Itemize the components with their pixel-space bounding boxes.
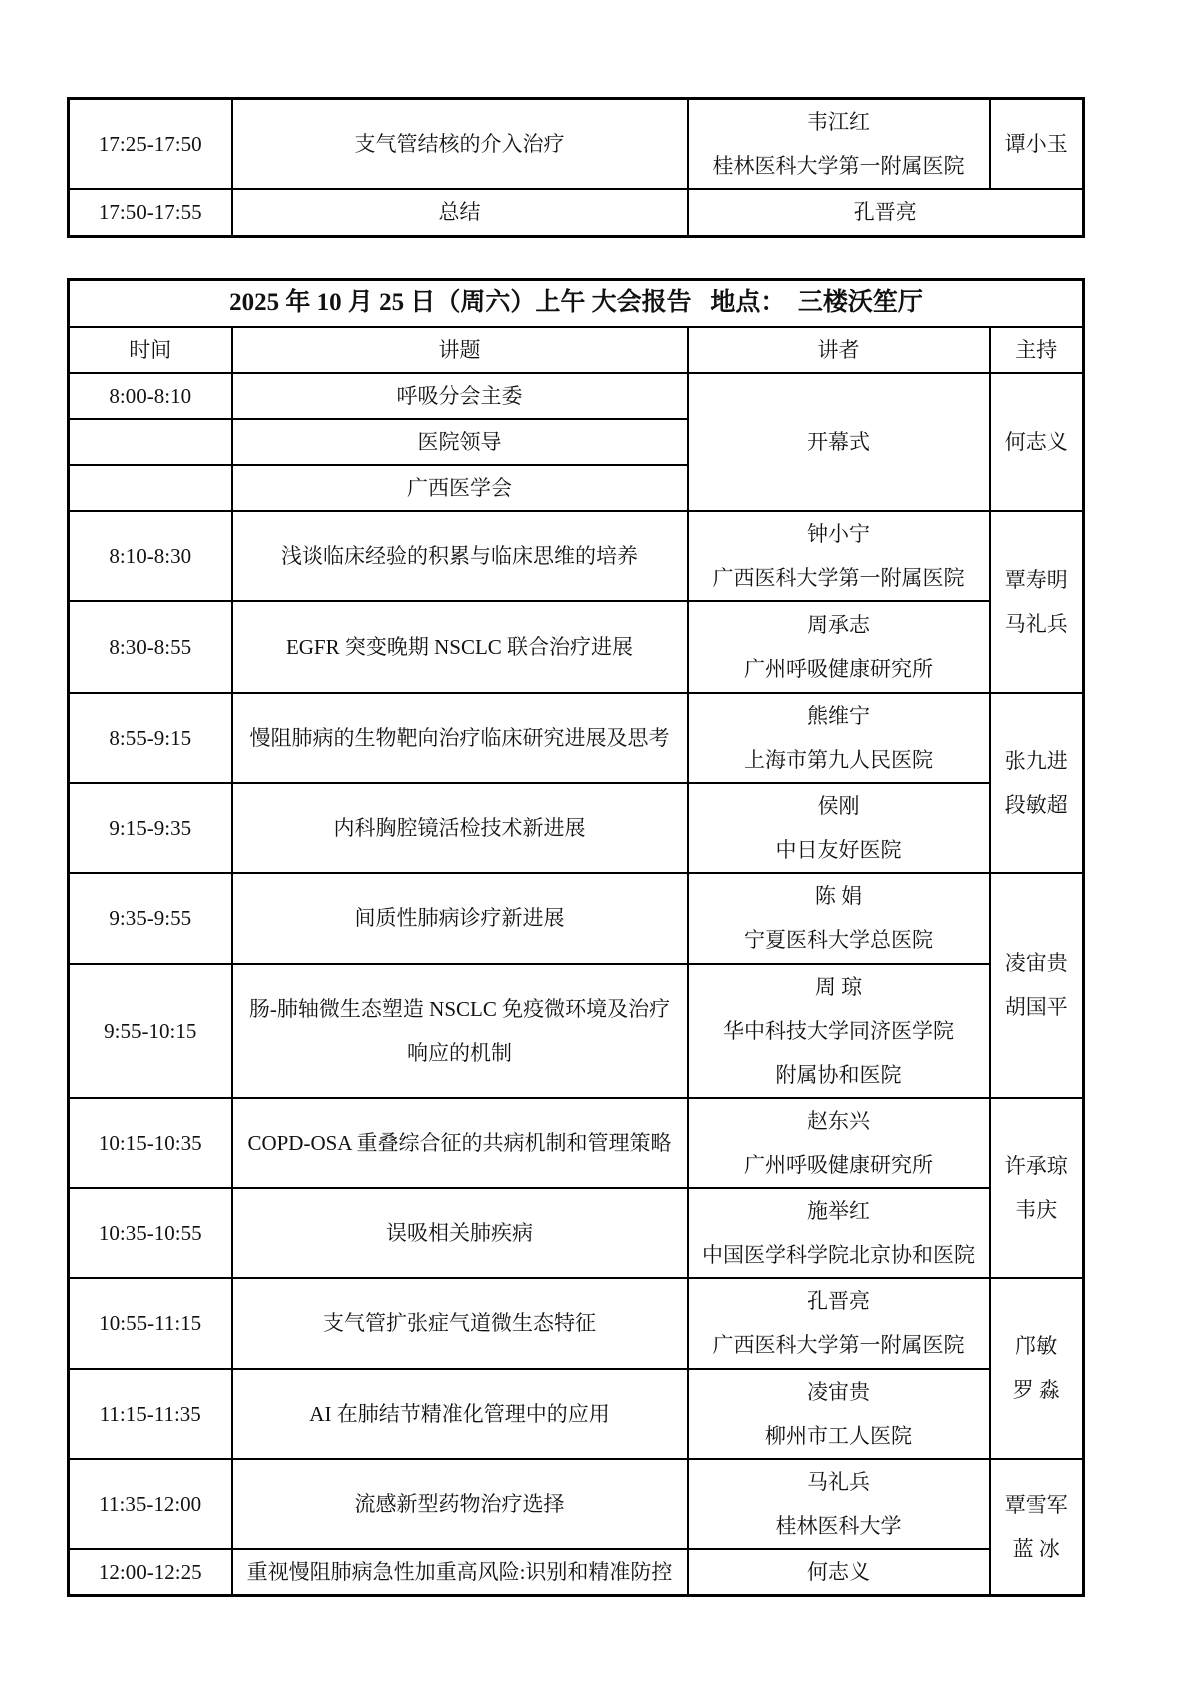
table-row: 时间 讲题 讲者 主持: [69, 327, 1084, 373]
speaker-cell: 周承志 广州呼吸健康研究所: [688, 601, 990, 693]
speaker-affiliation: 附属协和医院: [697, 1053, 981, 1097]
speaker-cell: 赵东兴 广州呼吸健康研究所: [688, 1098, 990, 1188]
topic-cell: 支气管结核的介入治疗: [232, 99, 688, 190]
speaker-name: 钟小宁: [697, 512, 981, 556]
host-name: 段敏超: [999, 783, 1075, 827]
topic-cell: 肠-肺轴微生态塑造 NSCLC 免疫微环境及治疗响应的机制: [232, 964, 688, 1098]
table-row: 11:35-12:00 流感新型药物治疗选择 马礼兵 桂林医科大学 覃雪军 蓝 …: [69, 1459, 1084, 1549]
host-cell: 覃寿明 马礼兵: [990, 511, 1084, 693]
speaker-affiliation: 桂林医科大学第一附属医院: [697, 144, 981, 188]
time-cell: 8:10-8:30: [69, 511, 232, 601]
speaker-affiliation: 广州呼吸健康研究所: [697, 1143, 981, 1187]
header-speaker: 讲者: [688, 327, 990, 373]
time-cell: 9:35-9:55: [69, 873, 232, 964]
speaker-name: 周承志: [697, 603, 981, 647]
topic-cell: 呼吸分会主委: [232, 373, 688, 419]
speaker-name: 周 琼: [697, 965, 981, 1009]
time-cell: 10:35-10:55: [69, 1188, 232, 1278]
time-cell: 17:50-17:55: [69, 189, 232, 236]
speaker-name: 凌宙贵: [697, 1370, 981, 1414]
speaker-cell: 周 琼 华中科技大学同济医学院 附属协和医院: [688, 964, 990, 1098]
topic-cell: 广西医学会: [232, 465, 688, 511]
topic-cell: 浅谈临床经验的积累与临床思维的培养: [232, 511, 688, 601]
host-name: 覃寿明: [999, 558, 1075, 602]
host-name: 许承琼: [999, 1144, 1075, 1188]
table-row: 10:35-10:55 误吸相关肺疾病 施举红 中国医学科学院北京协和医院: [69, 1188, 1084, 1278]
topic-cell: 流感新型药物治疗选择: [232, 1459, 688, 1549]
speaker-affiliation: 上海市第九人民医院: [697, 738, 981, 782]
table-row: 10:55-11:15 支气管扩张症气道微生态特征 孔晋亮 广西医科大学第一附属…: [69, 1278, 1084, 1369]
topic-cell: 误吸相关肺疾病: [232, 1188, 688, 1278]
speaker-affiliation: 中日友好医院: [697, 828, 981, 872]
time-cell: [69, 465, 232, 511]
table-row: 8:30-8:55 EGFR 突变晚期 NSCLC 联合治疗进展 周承志 广州呼…: [69, 601, 1084, 693]
speaker-cell: 开幕式: [688, 373, 990, 511]
speaker-cell: 凌宙贵 柳州市工人医院: [688, 1369, 990, 1459]
table-row: 12:00-12:25 重视慢阻肺病急性加重高风险:识别和精准防控 何志义: [69, 1549, 1084, 1596]
speaker-cell: 钟小宁 广西医科大学第一附属医院: [688, 511, 990, 601]
time-cell: 12:00-12:25: [69, 1549, 232, 1596]
host-cell: 邝敏 罗 淼: [990, 1278, 1084, 1459]
time-cell: 11:35-12:00: [69, 1459, 232, 1549]
time-cell: 10:55-11:15: [69, 1278, 232, 1369]
speaker-cell: 施举红 中国医学科学院北京协和医院: [688, 1188, 990, 1278]
topic-cell: 内科胸腔镜活检技术新进展: [232, 783, 688, 873]
host-name: 蓝 冰: [999, 1527, 1075, 1571]
speaker-affiliation: 宁夏医科大学总医院: [697, 918, 981, 962]
speaker-name: 侯刚: [697, 784, 981, 828]
speaker-name: 赵东兴: [697, 1099, 981, 1143]
speaker-affiliation: 广西医科大学第一附属医院: [697, 556, 981, 600]
table-row: 8:00-8:10 呼吸分会主委 开幕式 何志义: [69, 373, 1084, 419]
header-host: 主持: [990, 327, 1084, 373]
speaker-affiliation: 柳州市工人医院: [697, 1414, 981, 1458]
table-row: 8:10-8:30 浅谈临床经验的积累与临床思维的培养 钟小宁 广西医科大学第一…: [69, 511, 1084, 601]
speaker-name: 施举红: [697, 1189, 981, 1233]
speaker-cell: 何志义: [688, 1549, 990, 1596]
host-name: 罗 淼: [999, 1368, 1075, 1412]
host-name: 韦庆: [999, 1188, 1075, 1232]
table-row: 17:25-17:50 支气管结核的介入治疗 韦江红 桂林医科大学第一附属医院 …: [69, 99, 1084, 190]
host-cell: 覃雪军 蓝 冰: [990, 1459, 1084, 1596]
speaker-name: 孔晋亮: [697, 1279, 981, 1323]
speaker-affiliation: 桂林医科大学: [697, 1504, 981, 1548]
time-cell: 8:55-9:15: [69, 693, 232, 783]
speaker-affiliation: 广西医科大学第一附属医院: [697, 1323, 981, 1367]
speaker-cell: 马礼兵 桂林医科大学: [688, 1459, 990, 1549]
time-cell: 8:30-8:55: [69, 601, 232, 693]
table-row: 2025 年 10 月 25 日（周六）上午 大会报告 地点： 三楼沃笙厅: [69, 280, 1084, 327]
host-name: 马礼兵: [999, 602, 1075, 646]
header-time: 时间: [69, 327, 232, 373]
topic-cell: EGFR 突变晚期 NSCLC 联合治疗进展: [232, 601, 688, 693]
speaker-affiliation: 广州呼吸健康研究所: [697, 647, 981, 691]
host-cell: 凌宙贵 胡国平: [990, 873, 1084, 1098]
speaker-cell: 孔晋亮 广西医科大学第一附属医院: [688, 1278, 990, 1369]
table-row: 11:15-11:35 AI 在肺结节精准化管理中的应用 凌宙贵 柳州市工人医院: [69, 1369, 1084, 1459]
speaker-name: 陈 娟: [697, 874, 981, 918]
time-cell: 8:00-8:10: [69, 373, 232, 419]
time-cell: 9:15-9:35: [69, 783, 232, 873]
speaker-cell: 熊维宁 上海市第九人民医院: [688, 693, 990, 783]
speaker-name: 熊维宁: [697, 694, 981, 738]
table-row: 9:55-10:15 肠-肺轴微生态塑造 NSCLC 免疫微环境及治疗响应的机制…: [69, 964, 1084, 1098]
topic-cell: 医院领导: [232, 419, 688, 465]
morning-session-table: 2025 年 10 月 25 日（周六）上午 大会报告 地点： 三楼沃笙厅 时间…: [67, 278, 1085, 1597]
speaker-cell: 陈 娟 宁夏医科大学总医院: [688, 873, 990, 964]
topic-cell: 重视慢阻肺病急性加重高风险:识别和精准防控: [232, 1549, 688, 1596]
topic-cell: 慢阻肺病的生物靶向治疗临床研究进展及思考: [232, 693, 688, 783]
table-row: 8:55-9:15 慢阻肺病的生物靶向治疗临床研究进展及思考 熊维宁 上海市第九…: [69, 693, 1084, 783]
speaker-cell: 侯刚 中日友好医院: [688, 783, 990, 873]
time-cell: [69, 419, 232, 465]
speaker-affiliation: 华中科技大学同济医学院: [697, 1009, 981, 1053]
table-row: 17:50-17:55 总结 孔晋亮: [69, 189, 1084, 236]
topic-cell: 总结: [232, 189, 688, 236]
host-cell: 何志义: [990, 373, 1084, 511]
time-cell: 9:55-10:15: [69, 964, 232, 1098]
speaker-cell: 孔晋亮: [688, 189, 1084, 236]
speaker-name: 马礼兵: [697, 1460, 981, 1504]
time-cell: 10:15-10:35: [69, 1098, 232, 1188]
host-name: 邝敏: [999, 1324, 1075, 1368]
topic-cell: COPD-OSA 重叠综合征的共病机制和管理策略: [232, 1098, 688, 1188]
host-cell: 张九进 段敏超: [990, 693, 1084, 873]
topic-cell: 支气管扩张症气道微生态特征: [232, 1278, 688, 1369]
host-cell: 谭小玉: [990, 99, 1084, 190]
host-name: 覃雪军: [999, 1483, 1075, 1527]
host-cell: 许承琼 韦庆: [990, 1098, 1084, 1278]
time-cell: 17:25-17:50: [69, 99, 232, 190]
host-name: 凌宙贵: [999, 941, 1075, 985]
header-topic: 讲题: [232, 327, 688, 373]
table-row: 9:35-9:55 间质性肺病诊疗新进展 陈 娟 宁夏医科大学总医院 凌宙贵 胡…: [69, 873, 1084, 964]
speaker-name: 韦江红: [697, 100, 981, 144]
table-row: 9:15-9:35 内科胸腔镜活检技术新进展 侯刚 中日友好医院: [69, 783, 1084, 873]
time-cell: 11:15-11:35: [69, 1369, 232, 1459]
host-name: 张九进: [999, 739, 1075, 783]
topic-cell: 间质性肺病诊疗新进展: [232, 873, 688, 964]
speaker-cell: 韦江红 桂林医科大学第一附属医院: [688, 99, 990, 190]
table-row: 10:15-10:35 COPD-OSA 重叠综合征的共病机制和管理策略 赵东兴…: [69, 1098, 1084, 1188]
host-name: 胡国平: [999, 985, 1075, 1029]
session-title: 2025 年 10 月 25 日（周六）上午 大会报告 地点： 三楼沃笙厅: [69, 280, 1084, 327]
topic-cell: AI 在肺结节精准化管理中的应用: [232, 1369, 688, 1459]
speaker-affiliation: 中国医学科学院北京协和医院: [697, 1233, 981, 1277]
previous-session-table: 17:25-17:50 支气管结核的介入治疗 韦江红 桂林医科大学第一附属医院 …: [67, 97, 1085, 238]
